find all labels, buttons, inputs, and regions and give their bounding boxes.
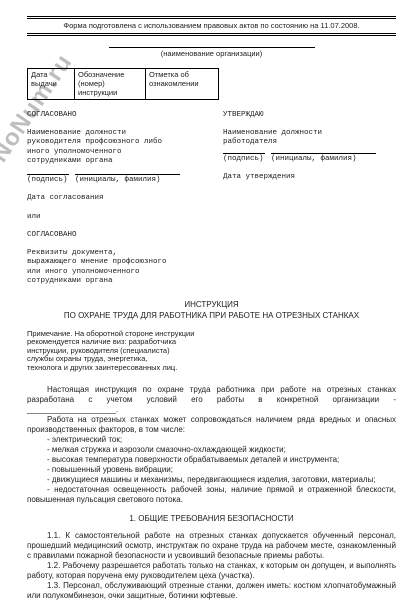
issue-table-col-ack: Отметка об ознакомлении <box>146 69 219 100</box>
agreed-column: СОГЛАСОВАНО Наименование должности руков… <box>27 111 223 287</box>
hazard-item: - высокая температура поверхности обраба… <box>27 455 396 465</box>
organization-name-line <box>109 46 315 48</box>
issue-table-header-row: Дата выдачи Обозначение (номер) инструкц… <box>28 69 219 100</box>
approval-block: СОГЛАСОВАНО Наименование должности руков… <box>27 111 396 287</box>
issue-table: Дата выдачи Обозначение (номер) инструкц… <box>27 68 219 100</box>
prepared-note-band: Форма подготовлена с использованием прав… <box>27 16 396 36</box>
agreed-position-line: иного уполномоченного <box>27 148 223 158</box>
intro-paragraph: Настоящая инструкция по охране труда раб… <box>27 385 396 405</box>
hazard-item: - недостаточная освещенность рабочей зон… <box>27 485 396 505</box>
section-1-title: 1. ОБЩИЕ ТРЕБОВАНИЯ БЕЗОПАСНОСТИ <box>27 514 396 524</box>
issue-table-col-number: Обозначение (номер) инструкции <box>75 69 146 100</box>
agreed-label: СОГЛАСОВАНО <box>27 111 223 121</box>
document-title: ИНСТРУКЦИЯ ПО ОХРАНЕ ТРУДА ДЛЯ РАБОТНИКА… <box>27 299 396 321</box>
approval-date-label: Дата утверждения <box>223 173 396 183</box>
approve-column: УТВЕРЖДАЮ Наименование должности работод… <box>223 111 396 287</box>
prepared-note: Форма подготовлена с использованием прав… <box>27 18 396 34</box>
agreed-position-line: сотрудниками органа <box>27 157 223 167</box>
agreed-position-line: Наименование должности <box>27 129 223 139</box>
approve-position-line: Наименование должности <box>223 129 396 139</box>
hazard-item: - повышенный уровень вибрации; <box>27 465 396 475</box>
clause-paragraph: 1.1. К самостоятельной работе на отрезны… <box>27 531 396 561</box>
agreed-signature-row: (подпись)(инициалы, фамилия) <box>27 174 223 186</box>
document-title-line1: ИНСТРУКЦИЯ <box>27 299 396 310</box>
hazards-intro-paragraph: Работа на отрезных станках может сопрово… <box>27 415 396 435</box>
signature-caption: (подпись) <box>223 153 265 165</box>
agreement-date-label: Дата согласования <box>27 194 223 204</box>
hazard-item: - движущиеся машины и механизмы, передви… <box>27 475 396 485</box>
requisites-line: выражающего мнение профсоюзного <box>27 258 223 268</box>
approve-signature-row: (подпись)(инициалы, фамилия) <box>223 153 396 165</box>
signature-caption: (подпись) <box>27 174 69 186</box>
blank-fill-line: ____________________. <box>27 405 396 415</box>
document-page: NoNum.ru Форма подготовлена с использова… <box>0 0 420 600</box>
hazard-item: - электрический ток; <box>27 435 396 445</box>
requisites-line: Реквизиты документа, <box>27 249 223 259</box>
document-title-line2: ПО ОХРАНЕ ТРУДА ДЛЯ РАБОТНИКА ПРИ РАБОТЕ… <box>27 310 396 321</box>
initials-caption: (инициалы, фамилия) <box>75 174 180 186</box>
agreed-label: СОГЛАСОВАНО <box>27 231 223 241</box>
issue-table-col-date: Дата выдачи <box>28 69 75 100</box>
note-line: технолога и других заинтересованных лиц. <box>27 364 396 373</box>
agreed-position-line: руководителя профсоюзного либо <box>27 138 223 148</box>
initials-caption: (инициалы, фамилия) <box>271 153 376 165</box>
clause-paragraph: 1.3. Персонал, обслуживающий отрезные ст… <box>27 581 396 600</box>
organization-name-caption: (наименование организации) <box>27 49 396 58</box>
hazard-item: - мелкая стружка и аэрозоли смазочно-охл… <box>27 445 396 455</box>
approve-position-line: работодателя <box>223 138 396 148</box>
requisites-line: сотрудниками органа <box>27 277 223 287</box>
approve-label: УТВЕРЖДАЮ <box>223 111 396 121</box>
note-block: Примечание. На оборотной стороне инструк… <box>27 330 396 373</box>
requisites-line: или иного уполномоченного <box>27 268 223 278</box>
clause-paragraph: 1.2. Рабочему разрешается работать тольк… <box>27 561 396 581</box>
or-label: или <box>27 213 223 223</box>
